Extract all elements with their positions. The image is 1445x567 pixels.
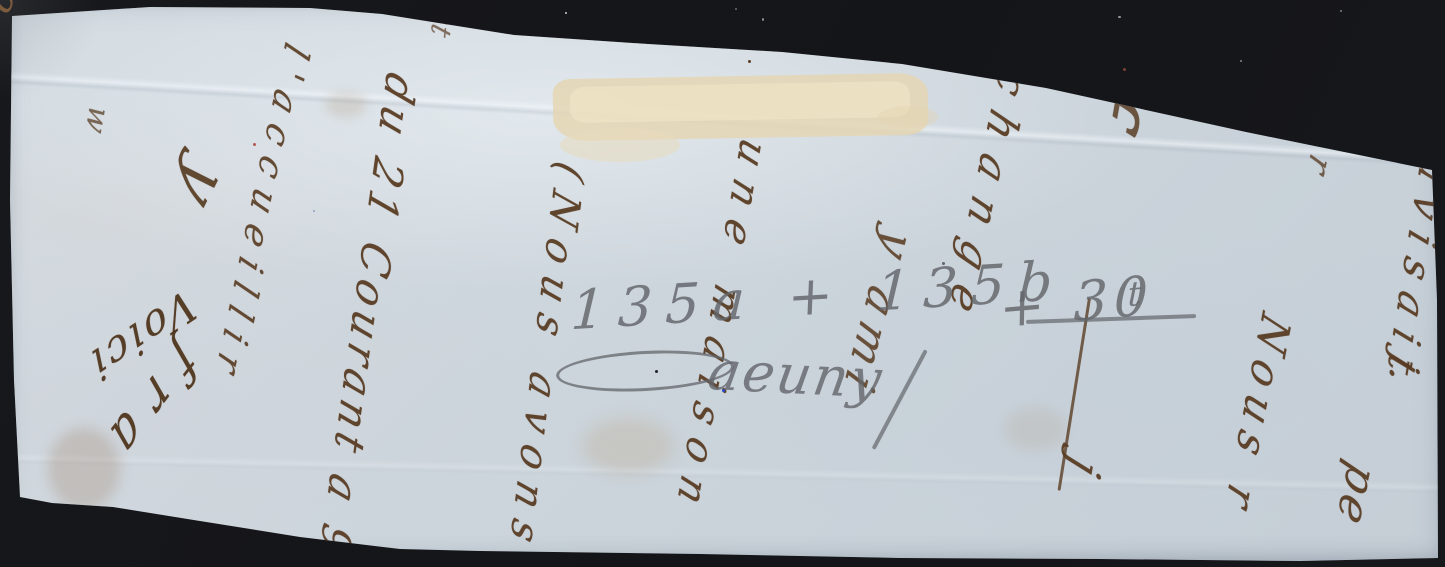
dust-speck xyxy=(1340,10,1342,12)
dust-speck xyxy=(1118,16,1121,18)
script-line: e xyxy=(868,27,903,62)
dust-speck xyxy=(565,12,567,14)
photo-stage: o w Voici fra y l'accueillir du 21 Coura… xyxy=(0,0,1445,567)
dust-speck xyxy=(762,18,764,21)
dust-speck xyxy=(1123,68,1126,71)
dust-speck xyxy=(735,8,737,10)
paper-edge-shading xyxy=(0,0,1445,567)
letter-fragment-paper: w Voici fra y l'accueillir du 21 Courant… xyxy=(0,0,1445,567)
script-line: l xyxy=(566,16,601,40)
dust-speck xyxy=(1240,60,1242,62)
dark-speck xyxy=(1247,106,1249,108)
